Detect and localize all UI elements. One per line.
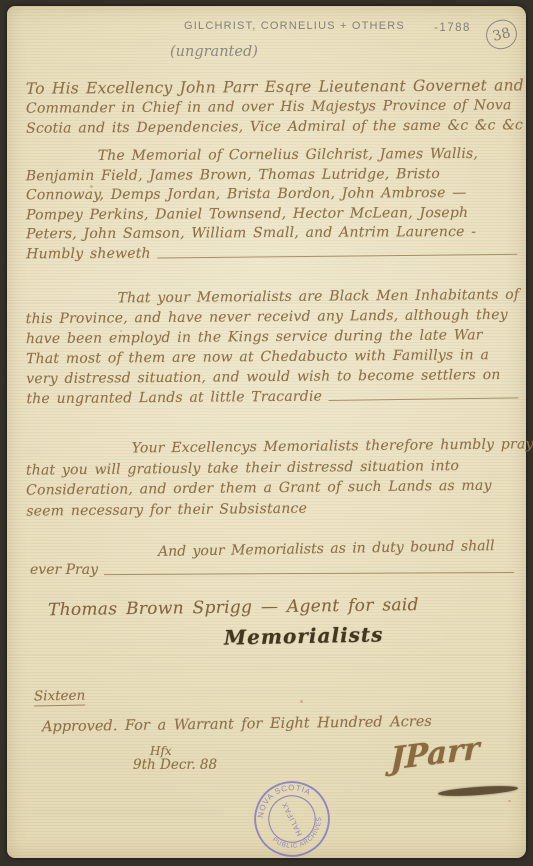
ever-pray-text: ever Pray (30, 562, 98, 578)
ink-rule (157, 253, 516, 258)
salutation-line: Scotia and its Dependencies, Vice Admira… (26, 115, 520, 138)
ink-rule (104, 572, 514, 575)
foxing-spot (300, 700, 303, 703)
salutation-paragraph: To His Excellency John Parr Esqre Lieute… (26, 75, 520, 138)
ink-rule (328, 397, 518, 401)
memorialists-signature: Memorialists (224, 622, 384, 649)
humbly-sheweth-text: Humbly sheweth (26, 244, 151, 264)
paper-crease (7, 655, 526, 658)
archival-title: GILCHRIST, CORNELIUS + OTHERS (184, 20, 405, 32)
foxing-spot (508, 800, 511, 802)
place-abbreviation: Hfx (150, 744, 172, 758)
prayer-paragraph: Your Excellencys Memorialists therefore … (26, 434, 523, 521)
archival-year: -1788 (434, 22, 471, 34)
body-paragraph: That your Memorialists are Black Men Inh… (25, 285, 522, 409)
memorial-paragraph: The Memorial of Cornelius Gilchrist, Jam… (26, 145, 521, 265)
memorial-line: The Memorial of Cornelius Gilchrist, Jam… (26, 145, 520, 167)
closing-line: ever Pray (30, 562, 518, 578)
memorial-line: Pompey Perkins, Daniel Townsend, Hector … (26, 203, 520, 225)
archival-subtitle: (ungranted) (170, 44, 258, 60)
tracardie-text: the ungranted Lands at little Tracardie (26, 387, 322, 410)
memorial-line: Connoway, Demps Jordan, Brista Bordon, J… (26, 184, 520, 206)
date-note: 9th Decr. 88 (133, 757, 217, 773)
petitioner-count: Sixteen (34, 688, 86, 707)
memorial-line: Humbly sheweth (26, 242, 520, 264)
memorial-line: Peters, John Samson, William Small, and … (26, 223, 520, 245)
memorial-line: Benjamin Field, James Brown, Thomas Lutr… (26, 164, 520, 186)
stamp-center-text: HALIFAX (280, 801, 304, 838)
archival-number: 38 (491, 25, 512, 45)
